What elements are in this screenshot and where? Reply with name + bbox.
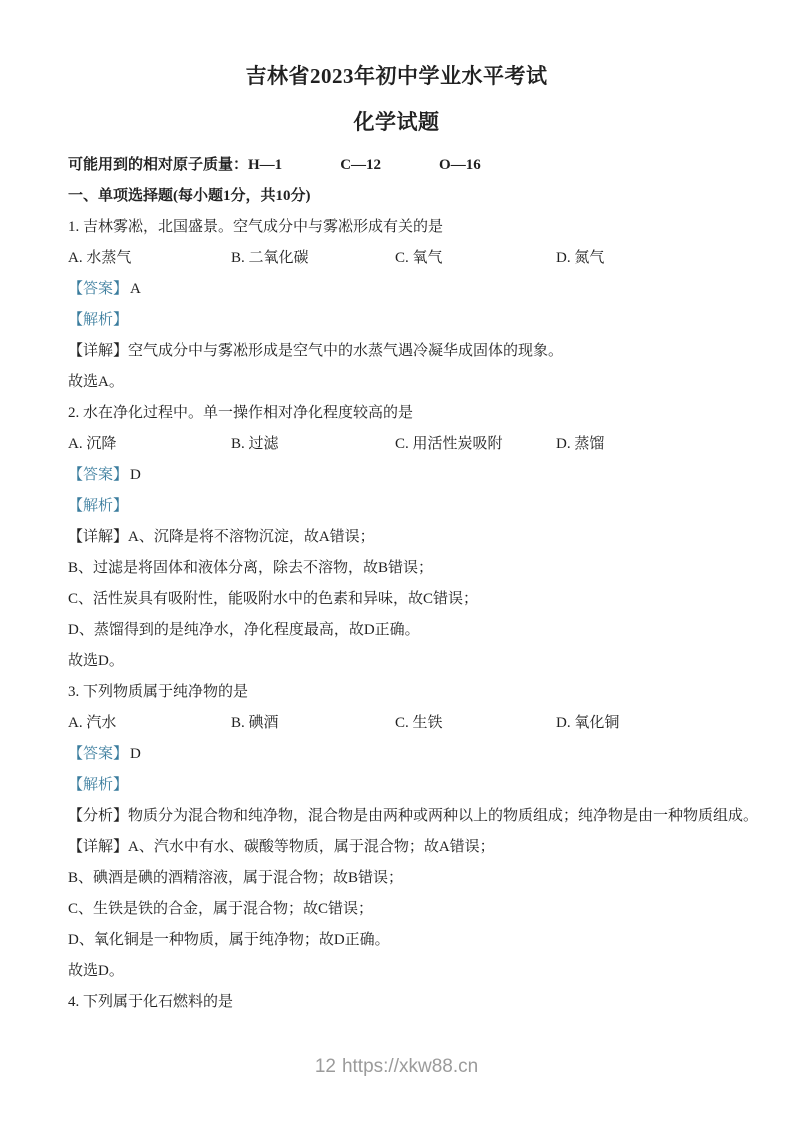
option-b: B. 碘酒 bbox=[231, 708, 395, 739]
option-d: D. 蒸馏 bbox=[556, 429, 725, 460]
option-d: D. 氧化铜 bbox=[556, 708, 725, 739]
question-1: 1. 吉林雾凇，北国盛景。空气成分中与雾凇形成有关的是 A. 水蒸气 B. 二氧… bbox=[68, 212, 725, 398]
explanation-line: 【详解】A、沉降是将不溶物沉淀，故A错误； bbox=[68, 522, 725, 553]
section-heading: 一、单项选择题(每小题1分，共10分) bbox=[68, 181, 725, 212]
explanation-line: 【详解】空气成分中与雾凇形成是空气中的水蒸气遇冷凝华成固体的现象。 bbox=[68, 336, 725, 367]
option-d: D. 氮气 bbox=[556, 243, 725, 274]
question-stem: 1. 吉林雾凇，北国盛景。空气成分中与雾凇形成有关的是 bbox=[68, 212, 725, 243]
answer-label: 【答案】 bbox=[68, 467, 128, 483]
explanation-line: B、过滤是将固体和液体分离，除去不溶物，故B错误； bbox=[68, 553, 725, 584]
option-b: B. 过滤 bbox=[231, 429, 395, 460]
analysis-row: 【解析】 bbox=[68, 491, 725, 522]
explanation-line: D、蒸馏得到的是纯净水，净化程度最高，故D正确。 bbox=[68, 615, 725, 646]
options-row: A. 汽水 B. 碘酒 C. 生铁 D. 氧化铜 bbox=[68, 708, 725, 739]
conclusion-line: 故选D。 bbox=[68, 646, 725, 677]
question-stem: 4. 下列属于化石燃料的是 bbox=[68, 987, 725, 1018]
option-b: B. 二氧化碳 bbox=[231, 243, 395, 274]
option-a: A. 水蒸气 bbox=[68, 243, 231, 274]
exam-paper-page: 吉林省2023年初中学业水平考试 化学试题 可能用到的相对原子质量：H—1C—1… bbox=[0, 0, 793, 1122]
atomic-mass-note: 可能用到的相对原子质量：H—1C—12O—16 bbox=[68, 150, 725, 181]
explanation-line: B、碘酒是碘的酒精溶液，属于混合物；故B错误； bbox=[68, 863, 725, 894]
question-stem: 2. 水在净化过程中。单一操作相对净化程度较高的是 bbox=[68, 398, 725, 429]
explanation-line: C、生铁是铁的合金，属于混合物；故C错误； bbox=[68, 894, 725, 925]
question-stem: 3. 下列物质属于纯净物的是 bbox=[68, 677, 725, 708]
page-number: 12 bbox=[315, 1056, 336, 1077]
analysis-row: 【解析】 bbox=[68, 770, 725, 801]
answer-label: 【答案】 bbox=[68, 281, 128, 297]
option-c: C. 用活性炭吸附 bbox=[395, 429, 556, 460]
atomic-mass-h: H—1 bbox=[248, 157, 282, 173]
analysis-label: 【解析】 bbox=[68, 312, 128, 328]
page-footer: 12https://xkw88.cn bbox=[0, 1056, 793, 1078]
option-a: A. 沉降 bbox=[68, 429, 231, 460]
option-a: A. 汽水 bbox=[68, 708, 231, 739]
explanation-line: C、活性炭具有吸附性，能吸附水中的色素和异味，故C错误； bbox=[68, 584, 725, 615]
question-3: 3. 下列物质属于纯净物的是 A. 汽水 B. 碘酒 C. 生铁 D. 氧化铜 … bbox=[68, 677, 725, 987]
answer-value: A bbox=[130, 281, 141, 297]
option-c: C. 生铁 bbox=[395, 708, 556, 739]
explanation-line: 【详解】A、汽水中有水、碳酸等物质，属于混合物；故A错误； bbox=[68, 832, 725, 863]
analysis-label: 【解析】 bbox=[68, 777, 128, 793]
answer-value: D bbox=[130, 467, 141, 483]
site-url: https://xkw88.cn bbox=[342, 1056, 478, 1077]
page-title: 吉林省2023年初中学业水平考试 bbox=[68, 64, 725, 88]
document-content: 可能用到的相对原子质量：H—1C—12O—16 一、单项选择题(每小题1分，共1… bbox=[68, 150, 725, 1018]
page-subtitle: 化学试题 bbox=[68, 110, 725, 134]
answer-row: 【答案】D bbox=[68, 739, 725, 770]
conclusion-line: 故选A。 bbox=[68, 367, 725, 398]
answer-label: 【答案】 bbox=[68, 746, 128, 762]
question-4: 4. 下列属于化石燃料的是 bbox=[68, 987, 725, 1018]
question-2: 2. 水在净化过程中。单一操作相对净化程度较高的是 A. 沉降 B. 过滤 C.… bbox=[68, 398, 725, 677]
atomic-mass-o: O—16 bbox=[439, 157, 481, 173]
document-body: 吉林省2023年初中学业水平考试 化学试题 可能用到的相对原子质量：H—1C—1… bbox=[0, 0, 793, 1018]
analysis-row: 【解析】 bbox=[68, 305, 725, 336]
explanation-line: 【分析】物质分为混合物和纯净物，混合物是由两种或两种以上的物质组成；纯净物是由一… bbox=[68, 801, 725, 832]
answer-value: D bbox=[130, 746, 141, 762]
atomic-mass-c: C—12 bbox=[340, 157, 381, 173]
atomic-mass-label: 可能用到的相对原子质量： bbox=[68, 157, 248, 173]
conclusion-line: 故选D。 bbox=[68, 956, 725, 987]
options-row: A. 水蒸气 B. 二氧化碳 C. 氧气 D. 氮气 bbox=[68, 243, 725, 274]
explanation-line: D、氧化铜是一种物质，属于纯净物；故D正确。 bbox=[68, 925, 725, 956]
answer-row: 【答案】A bbox=[68, 274, 725, 305]
answer-row: 【答案】D bbox=[68, 460, 725, 491]
options-row: A. 沉降 B. 过滤 C. 用活性炭吸附 D. 蒸馏 bbox=[68, 429, 725, 460]
option-c: C. 氧气 bbox=[395, 243, 556, 274]
analysis-label: 【解析】 bbox=[68, 498, 128, 514]
